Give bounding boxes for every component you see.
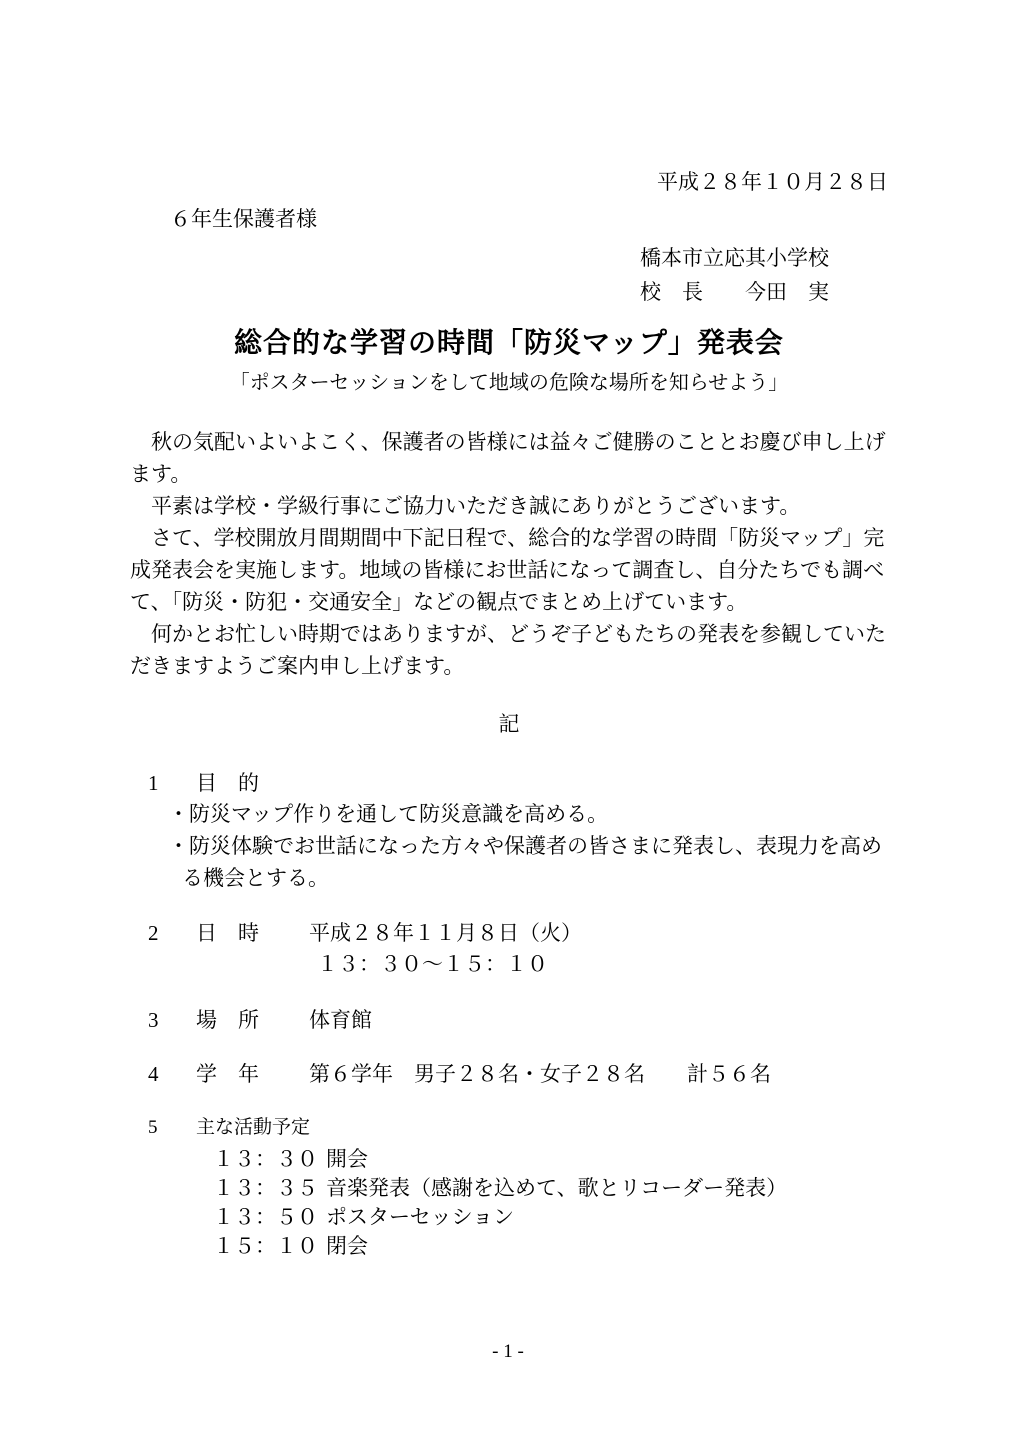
bullet-item: ・防災マップ作りを通して防災意識を高める。 — [130, 798, 888, 830]
schedule-row: １３：３０開会 — [213, 1145, 888, 1174]
section-heading: 5主な活動予定 — [130, 1113, 888, 1143]
sender-block: 橋本市立応其小学校 校 長 今田 実 — [640, 241, 888, 309]
section-3: 3場 所体育館 — [130, 1005, 888, 1035]
schedule-row: １３：３５音楽発表（感謝を込めて、歌とリコーダー発表） — [213, 1174, 888, 1203]
section-number: 3 — [148, 1005, 196, 1035]
document-subtitle: 「ポスターセッションをして地域の危険な場所を知らせよう」 — [130, 368, 888, 398]
schedule-activity: 閉会 — [326, 1234, 368, 1258]
body-paragraph: さて、学校開放月間期間中下記日程で、総合的な学習の時間「防災マップ」完成発表会を… — [130, 522, 888, 618]
document-title: 総合的な学習の時間「防災マップ」発表会 — [130, 323, 888, 365]
section-heading: 1目 的 — [130, 768, 888, 798]
section-label: 場 所 — [196, 1005, 309, 1035]
section-5: 5主な活動予定１３：３０開会１３：３５音楽発表（感謝を込めて、歌とリコーダー発表… — [130, 1113, 888, 1261]
page-number: - 1 - — [0, 1340, 1016, 1364]
document-page: 平成２８年１０月２８日 ６年生保護者様 橋本市立応其小学校 校 長 今田 実 総… — [0, 0, 1016, 1437]
schedule-time: １３：３０ — [213, 1147, 318, 1171]
schedule-activity: 音楽発表（感謝を込めて、歌とリコーダー発表） — [326, 1176, 787, 1200]
section-4: 4学 年第６学年 男子２８名・女子２８名 計５６名 — [130, 1059, 888, 1089]
section-1: 1目 的・防災マップ作りを通して防災意識を高める。・防災体験でお世話になった方々… — [130, 768, 888, 894]
section-value: 第６学年 男子２８名・女子２８名 計５６名 — [309, 1062, 771, 1086]
section-value: 平成２８年１１月８日（火） — [309, 921, 582, 945]
bullet-list: ・防災マップ作りを通して防災意識を高める。・防災体験でお世話になった方々や保護者… — [130, 798, 888, 894]
record-marker: 記 — [130, 708, 888, 740]
document-date: 平成２８年１０月２８日 — [130, 166, 888, 198]
recipient: ６年生保護者様 — [170, 203, 888, 235]
schedule-activity: 開会 — [326, 1147, 368, 1171]
sender-principal: 校 長 今田 実 — [640, 275, 888, 309]
schedule-time: １５：１０ — [213, 1234, 318, 1258]
schedule-list: １３：３０開会１３：３５音楽発表（感謝を込めて、歌とリコーダー発表）１３：５０ポ… — [130, 1145, 888, 1261]
body-paragraph: 平素は学校・学級行事にご協力いただき誠にありがとうございます。 — [130, 490, 888, 522]
body-paragraph: 何かとお忙しい時期ではありますが、どうぞ子どもたちの発表を参観していただきますよ… — [130, 618, 888, 682]
section-value: 体育館 — [309, 1008, 372, 1032]
section-label: 学 年 — [196, 1059, 309, 1089]
body-paragraphs: 秋の気配いよいよこく、保護者の皆様には益々ご健勝のこととお慶び申し上げます。平素… — [130, 426, 888, 682]
bullet-item: ・防災体験でお世話になった方々や保護者の皆さまに発表し、表現力を高める機会とする… — [130, 830, 888, 894]
schedule-time: １３：３５ — [213, 1176, 318, 1200]
section-label: 日 時 — [196, 918, 309, 948]
section-2: 2日 時平成２８年１１月８日（火）１３：３０～１５：１０ — [130, 918, 888, 981]
section-label: 主な活動予定 — [196, 1113, 309, 1143]
section-number: 1 — [148, 768, 196, 798]
body-paragraph: 秋の気配いよいよこく、保護者の皆様には益々ご健勝のこととお慶び申し上げます。 — [130, 426, 888, 490]
schedule-activity: ポスターセッション — [326, 1205, 514, 1229]
section-label: 目 的 — [196, 768, 309, 798]
sections: 1目 的・防災マップ作りを通して防災意識を高める。・防災体験でお世話になった方々… — [130, 768, 888, 1261]
section-heading: 4学 年第６学年 男子２８名・女子２８名 計５６名 — [130, 1059, 888, 1089]
section-heading: 3場 所体育館 — [130, 1005, 888, 1035]
schedule-row: １５：１０閉会 — [213, 1232, 888, 1261]
sender-school: 橋本市立応其小学校 — [640, 241, 888, 275]
section-number: 5 — [148, 1113, 196, 1143]
schedule-time: １３：５０ — [213, 1205, 318, 1229]
section-value-line: １３：３０～１５：１０ — [317, 948, 888, 981]
section-number: 4 — [148, 1059, 196, 1089]
section-number: 2 — [148, 918, 196, 948]
section-heading: 2日 時平成２８年１１月８日（火） — [130, 918, 888, 948]
schedule-row: １３：５０ポスターセッション — [213, 1203, 888, 1232]
